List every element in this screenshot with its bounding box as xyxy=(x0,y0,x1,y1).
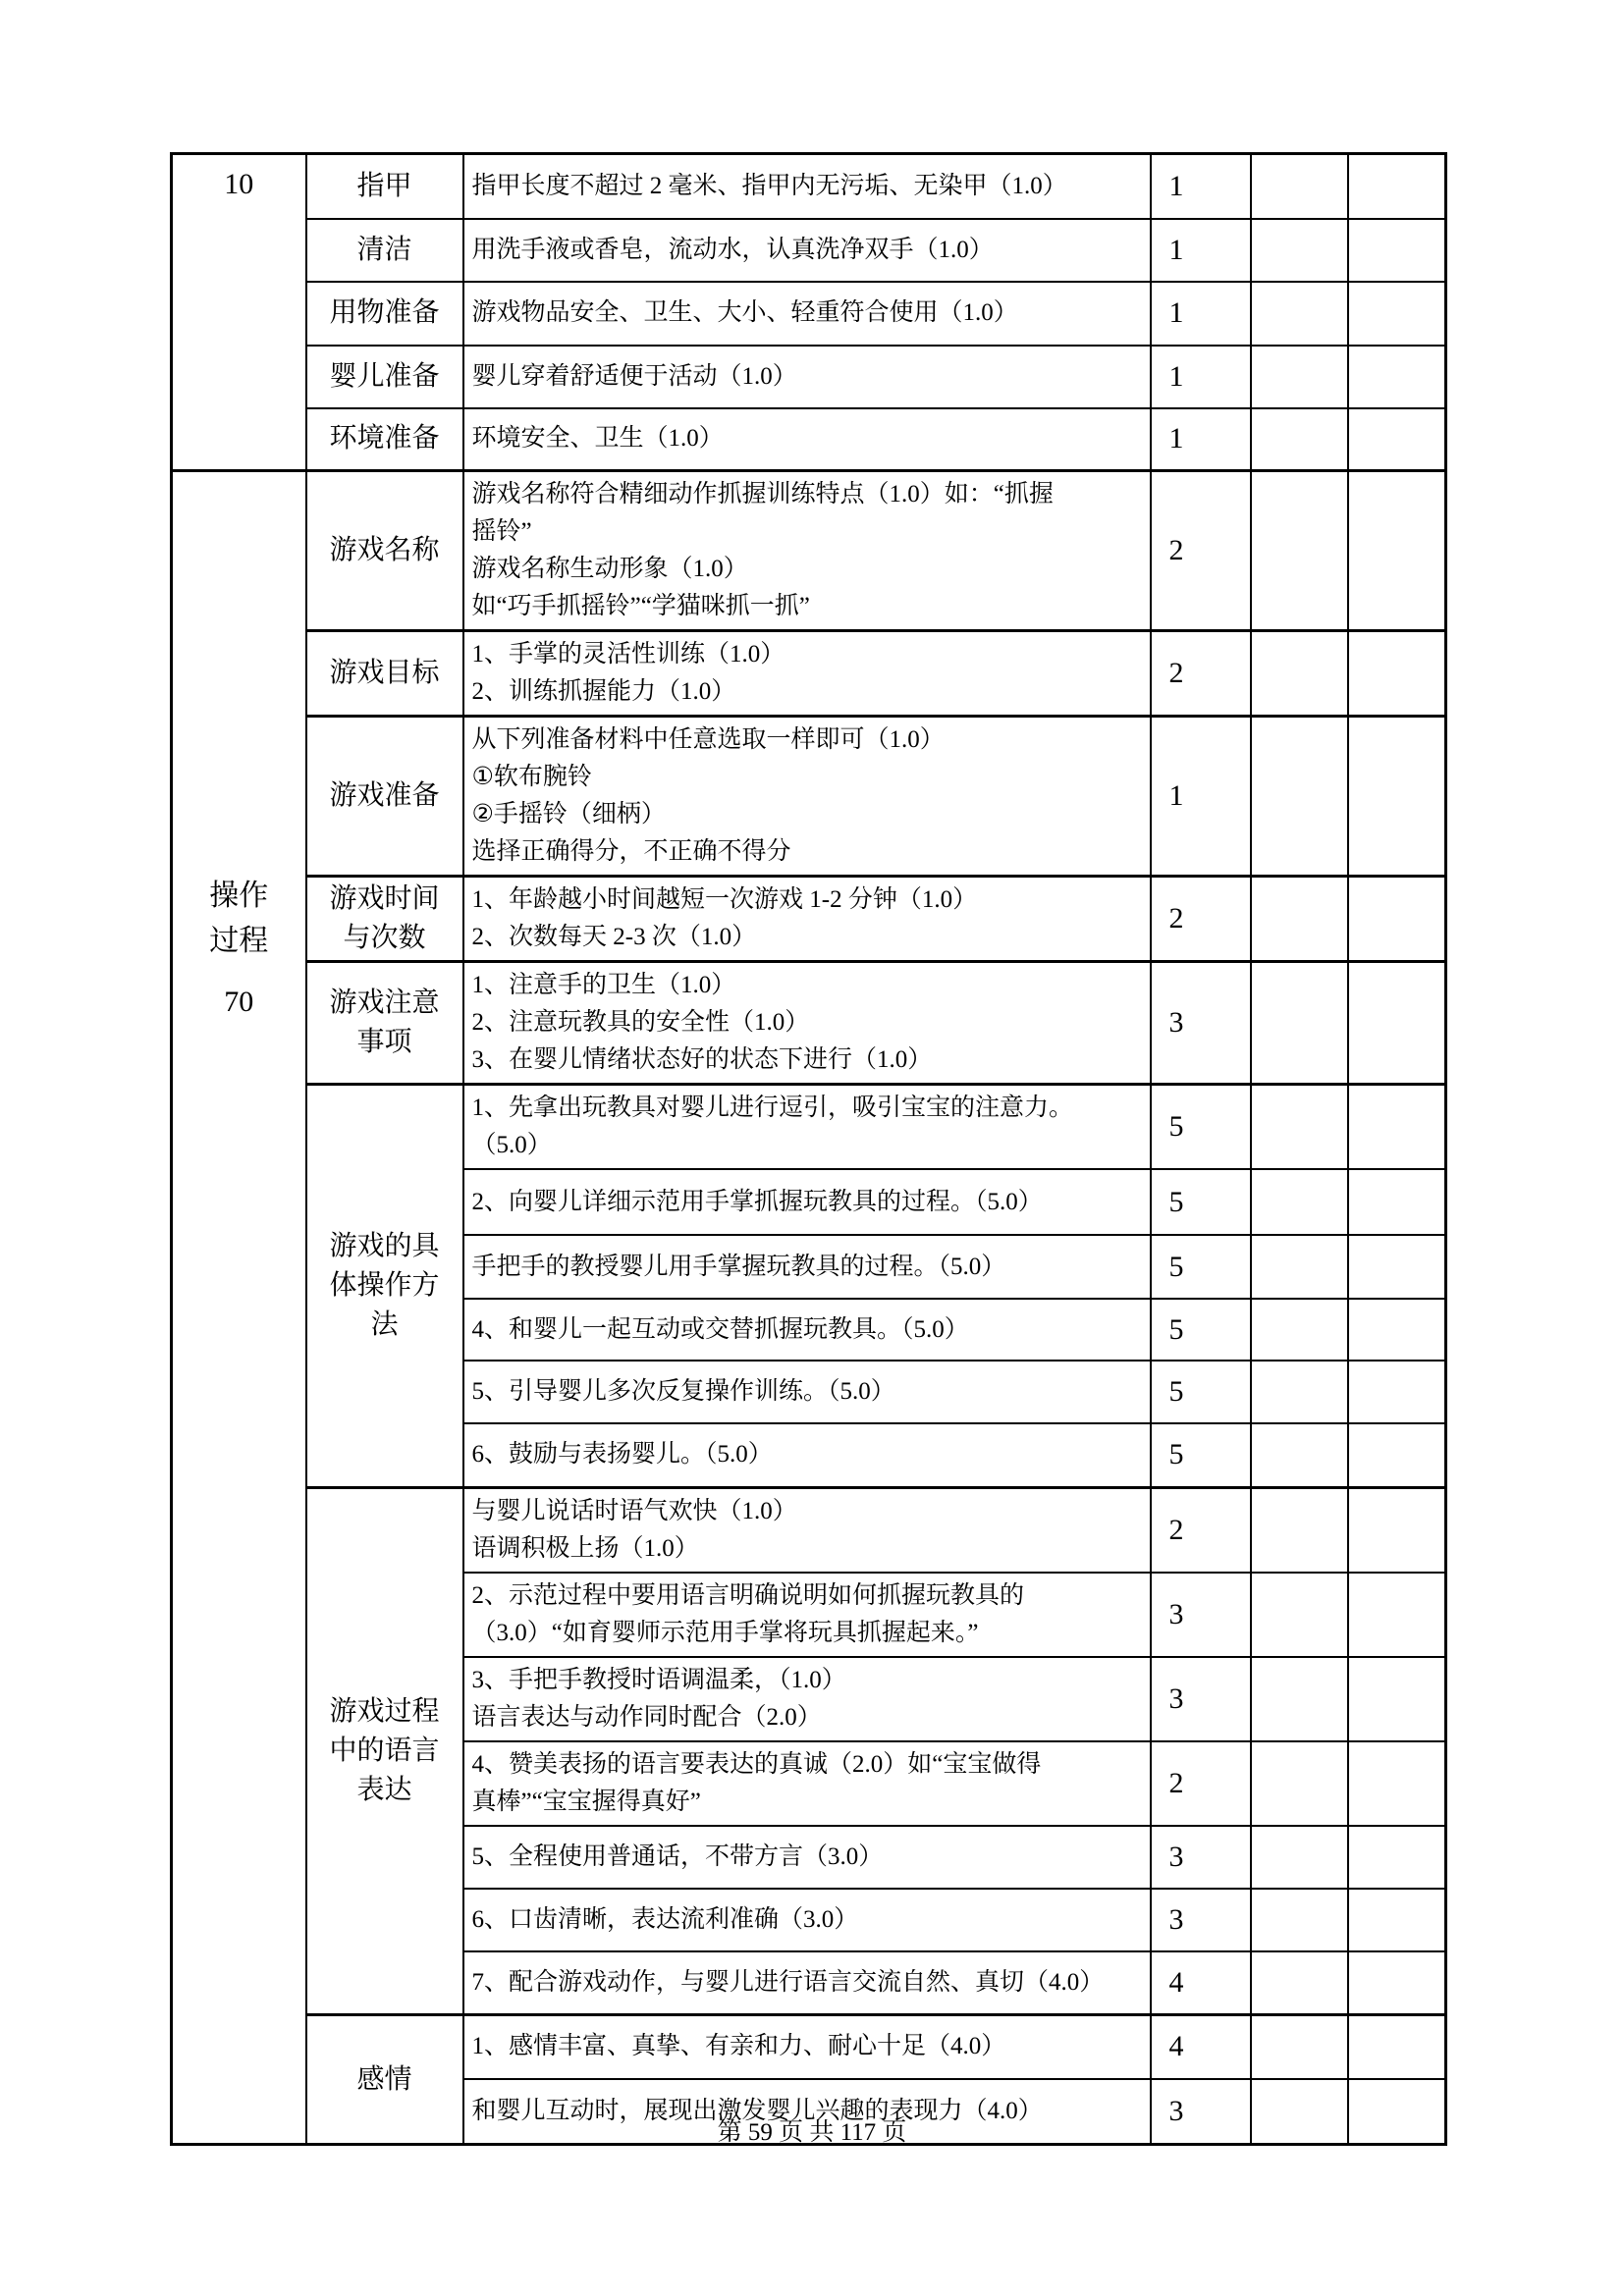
blank-cell-2 xyxy=(1348,1299,1446,1361)
desc-cell: 4、赞美表扬的语言要表达的真诚（2.0）如“宝宝做得 真棒”“宝宝握得真好” xyxy=(463,1741,1151,1826)
item-cell: 游戏准备 xyxy=(306,717,463,877)
scoring-rubric-table: 10 指甲 指甲长度不超过 2 毫米、指甲内无污垢、无染甲（1.0） 1 清洁 … xyxy=(170,152,1447,2146)
desc-cell: 1、先拿出玩教具对婴儿进行逗引，吸引宝宝的注意力。 （5.0） xyxy=(463,1085,1151,1170)
blank-cell-1 xyxy=(1251,346,1348,408)
desc-cell: 3、手把手教授时语调温柔，（1.0） 语言表达与动作同时配合（2.0） xyxy=(463,1657,1151,1741)
category-cell-operation: 操作 过程 70 xyxy=(172,471,306,2145)
blank-cell-1 xyxy=(1251,1657,1348,1741)
page-footer: 第 59 页 共 117 页 xyxy=(0,2112,1624,2148)
blank-cell-2 xyxy=(1348,1085,1446,1170)
score-cell: 1 xyxy=(1151,219,1251,282)
blank-cell-2 xyxy=(1348,1889,1446,1951)
category-label-operation: 操作 过程 70 xyxy=(173,472,305,1025)
score-cell: 5 xyxy=(1151,1235,1251,1299)
desc-cell: 7、配合游戏动作，与婴儿进行语言交流自然、真切（4.0） xyxy=(463,1951,1151,2015)
score-cell: 2 xyxy=(1151,1741,1251,1826)
category-line2: 过程 xyxy=(173,919,305,964)
item-cell-language: 游戏过程 中的语言 表达 xyxy=(306,1487,463,2015)
category-score-operation: 70 xyxy=(173,980,305,1025)
blank-cell-1 xyxy=(1251,1235,1348,1299)
blank-cell-2 xyxy=(1348,631,1446,717)
blank-cell-2 xyxy=(1348,1169,1446,1235)
blank-cell-1 xyxy=(1251,1487,1348,1573)
score-cell: 2 xyxy=(1151,1487,1251,1573)
desc-cell: 指甲长度不超过 2 毫米、指甲内无污垢、无染甲（1.0） xyxy=(463,154,1151,219)
item-cell-methods: 游戏的具 体操作方 法 xyxy=(306,1085,463,1488)
score-cell: 1 xyxy=(1151,282,1251,346)
blank-cell-2 xyxy=(1348,1951,1446,2015)
blank-cell-2 xyxy=(1348,1573,1446,1657)
blank-cell-2 xyxy=(1348,1741,1446,1826)
category-cell-prep: 10 xyxy=(172,154,306,471)
item-cell: 游戏时间 与次数 xyxy=(306,877,463,962)
desc-cell: 1、感情丰富、真挚、有亲和力、耐心十足（4.0） xyxy=(463,2015,1151,2079)
blank-cell-2 xyxy=(1348,1487,1446,1573)
desc-cell: 6、鼓励与表扬婴儿。（5.0） xyxy=(463,1423,1151,1487)
item-cell: 游戏目标 xyxy=(306,631,463,717)
blank-cell-1 xyxy=(1251,1889,1348,1951)
desc-cell: 1、年龄越小时间越短一次游戏 1-2 分钟（1.0） 2、次数每天 2-3 次（… xyxy=(463,877,1151,962)
blank-cell-1 xyxy=(1251,1951,1348,2015)
score-cell: 2 xyxy=(1151,471,1251,631)
desc-cell: 2、向婴儿详细示范用手掌抓握玩教具的过程。（5.0） xyxy=(463,1169,1151,1235)
desc-cell: 从下列准备材料中任意选取一样即可（1.0） ①软布腕铃 ②手摇铃（细柄） 选择正… xyxy=(463,717,1151,877)
category-line1: 操作 xyxy=(173,874,305,919)
score-cell: 3 xyxy=(1151,1657,1251,1741)
blank-cell-2 xyxy=(1348,1361,1446,1423)
score-cell: 2 xyxy=(1151,877,1251,962)
score-cell: 1 xyxy=(1151,408,1251,471)
blank-cell-1 xyxy=(1251,1361,1348,1423)
blank-cell-2 xyxy=(1348,2015,1446,2079)
blank-cell-2 xyxy=(1348,717,1446,877)
score-cell: 3 xyxy=(1151,1889,1251,1951)
item-cell: 用物准备 xyxy=(306,282,463,346)
desc-cell: 1、注意手的卫生（1.0） 2、注意玩教具的安全性（1.0） 3、在婴儿情绪状态… xyxy=(463,962,1151,1085)
blank-cell-1 xyxy=(1251,408,1348,471)
blank-cell-1 xyxy=(1251,282,1348,346)
desc-cell: 5、全程使用普通话，不带方言（3.0） xyxy=(463,1826,1151,1889)
desc-cell: 与婴儿说话时语气欢快（1.0） 语调积极上扬（1.0） xyxy=(463,1487,1151,1573)
desc-cell: 6、口齿清晰，表达流利准确（3.0） xyxy=(463,1889,1151,1951)
item-cell: 指甲 xyxy=(306,154,463,219)
score-cell: 3 xyxy=(1151,962,1251,1085)
blank-cell-2 xyxy=(1348,1657,1446,1741)
blank-cell-2 xyxy=(1348,1423,1446,1487)
desc-cell: 1、手掌的灵活性训练（1.0） 2、训练抓握能力（1.0） xyxy=(463,631,1151,717)
blank-cell-1 xyxy=(1251,154,1348,219)
blank-cell-2 xyxy=(1348,282,1446,346)
blank-cell-2 xyxy=(1348,962,1446,1085)
desc-cell: 用洗手液或香皂，流动水，认真洗净双手（1.0） xyxy=(463,219,1151,282)
blank-cell-1 xyxy=(1251,717,1348,877)
desc-cell: 2、示范过程中要用语言明确说明如何抓握玩教具的 （3.0）“如育婴师示范用手掌将… xyxy=(463,1573,1151,1657)
item-cell: 环境准备 xyxy=(306,408,463,471)
category-score-prep: 10 xyxy=(173,155,305,204)
score-cell: 2 xyxy=(1151,631,1251,717)
blank-cell-1 xyxy=(1251,962,1348,1085)
blank-cell-1 xyxy=(1251,219,1348,282)
item-cell: 游戏注意 事项 xyxy=(306,962,463,1085)
blank-cell-2 xyxy=(1348,408,1446,471)
item-cell: 婴儿准备 xyxy=(306,346,463,408)
blank-cell-2 xyxy=(1348,877,1446,962)
score-cell: 5 xyxy=(1151,1085,1251,1170)
blank-cell-1 xyxy=(1251,877,1348,962)
blank-cell-1 xyxy=(1251,2015,1348,2079)
score-cell: 5 xyxy=(1151,1299,1251,1361)
item-cell: 游戏名称 xyxy=(306,471,463,631)
desc-cell: 游戏物品安全、卫生、大小、轻重符合使用（1.0） xyxy=(463,282,1151,346)
score-cell: 3 xyxy=(1151,1573,1251,1657)
blank-cell-1 xyxy=(1251,1299,1348,1361)
document-page: { "table": { "category_first": "10", "ca… xyxy=(0,0,1624,2296)
blank-cell-2 xyxy=(1348,1235,1446,1299)
score-cell: 5 xyxy=(1151,1423,1251,1487)
blank-cell-1 xyxy=(1251,471,1348,631)
desc-cell: 手把手的教授婴儿用手掌握玩教具的过程。（5.0） xyxy=(463,1235,1151,1299)
blank-cell-2 xyxy=(1348,346,1446,408)
blank-cell-2 xyxy=(1348,471,1446,631)
score-cell: 3 xyxy=(1151,1826,1251,1889)
score-cell: 1 xyxy=(1151,154,1251,219)
score-cell: 5 xyxy=(1151,1169,1251,1235)
blank-cell-1 xyxy=(1251,1741,1348,1826)
score-cell: 5 xyxy=(1151,1361,1251,1423)
item-cell: 清洁 xyxy=(306,219,463,282)
blank-cell-1 xyxy=(1251,1573,1348,1657)
desc-cell: 婴儿穿着舒适便于活动（1.0） xyxy=(463,346,1151,408)
desc-cell: 游戏名称符合精细动作抓握训练特点（1.0）如：“抓握 摇铃” 游戏名称生动形象（… xyxy=(463,471,1151,631)
blank-cell-2 xyxy=(1348,219,1446,282)
score-cell: 4 xyxy=(1151,2015,1251,2079)
blank-cell-1 xyxy=(1251,631,1348,717)
desc-cell: 4、和婴儿一起互动或交替抓握玩教具。（5.0） xyxy=(463,1299,1151,1361)
blank-cell-1 xyxy=(1251,1423,1348,1487)
score-cell: 4 xyxy=(1151,1951,1251,2015)
score-cell: 1 xyxy=(1151,717,1251,877)
blank-cell-2 xyxy=(1348,1826,1446,1889)
blank-cell-1 xyxy=(1251,1169,1348,1235)
desc-cell: 环境安全、卫生（1.0） xyxy=(463,408,1151,471)
blank-cell-1 xyxy=(1251,1826,1348,1889)
blank-cell-1 xyxy=(1251,1085,1348,1170)
blank-cell-2 xyxy=(1348,154,1446,219)
score-cell: 1 xyxy=(1151,346,1251,408)
desc-cell: 5、引导婴儿多次反复操作训练。（5.0） xyxy=(463,1361,1151,1423)
